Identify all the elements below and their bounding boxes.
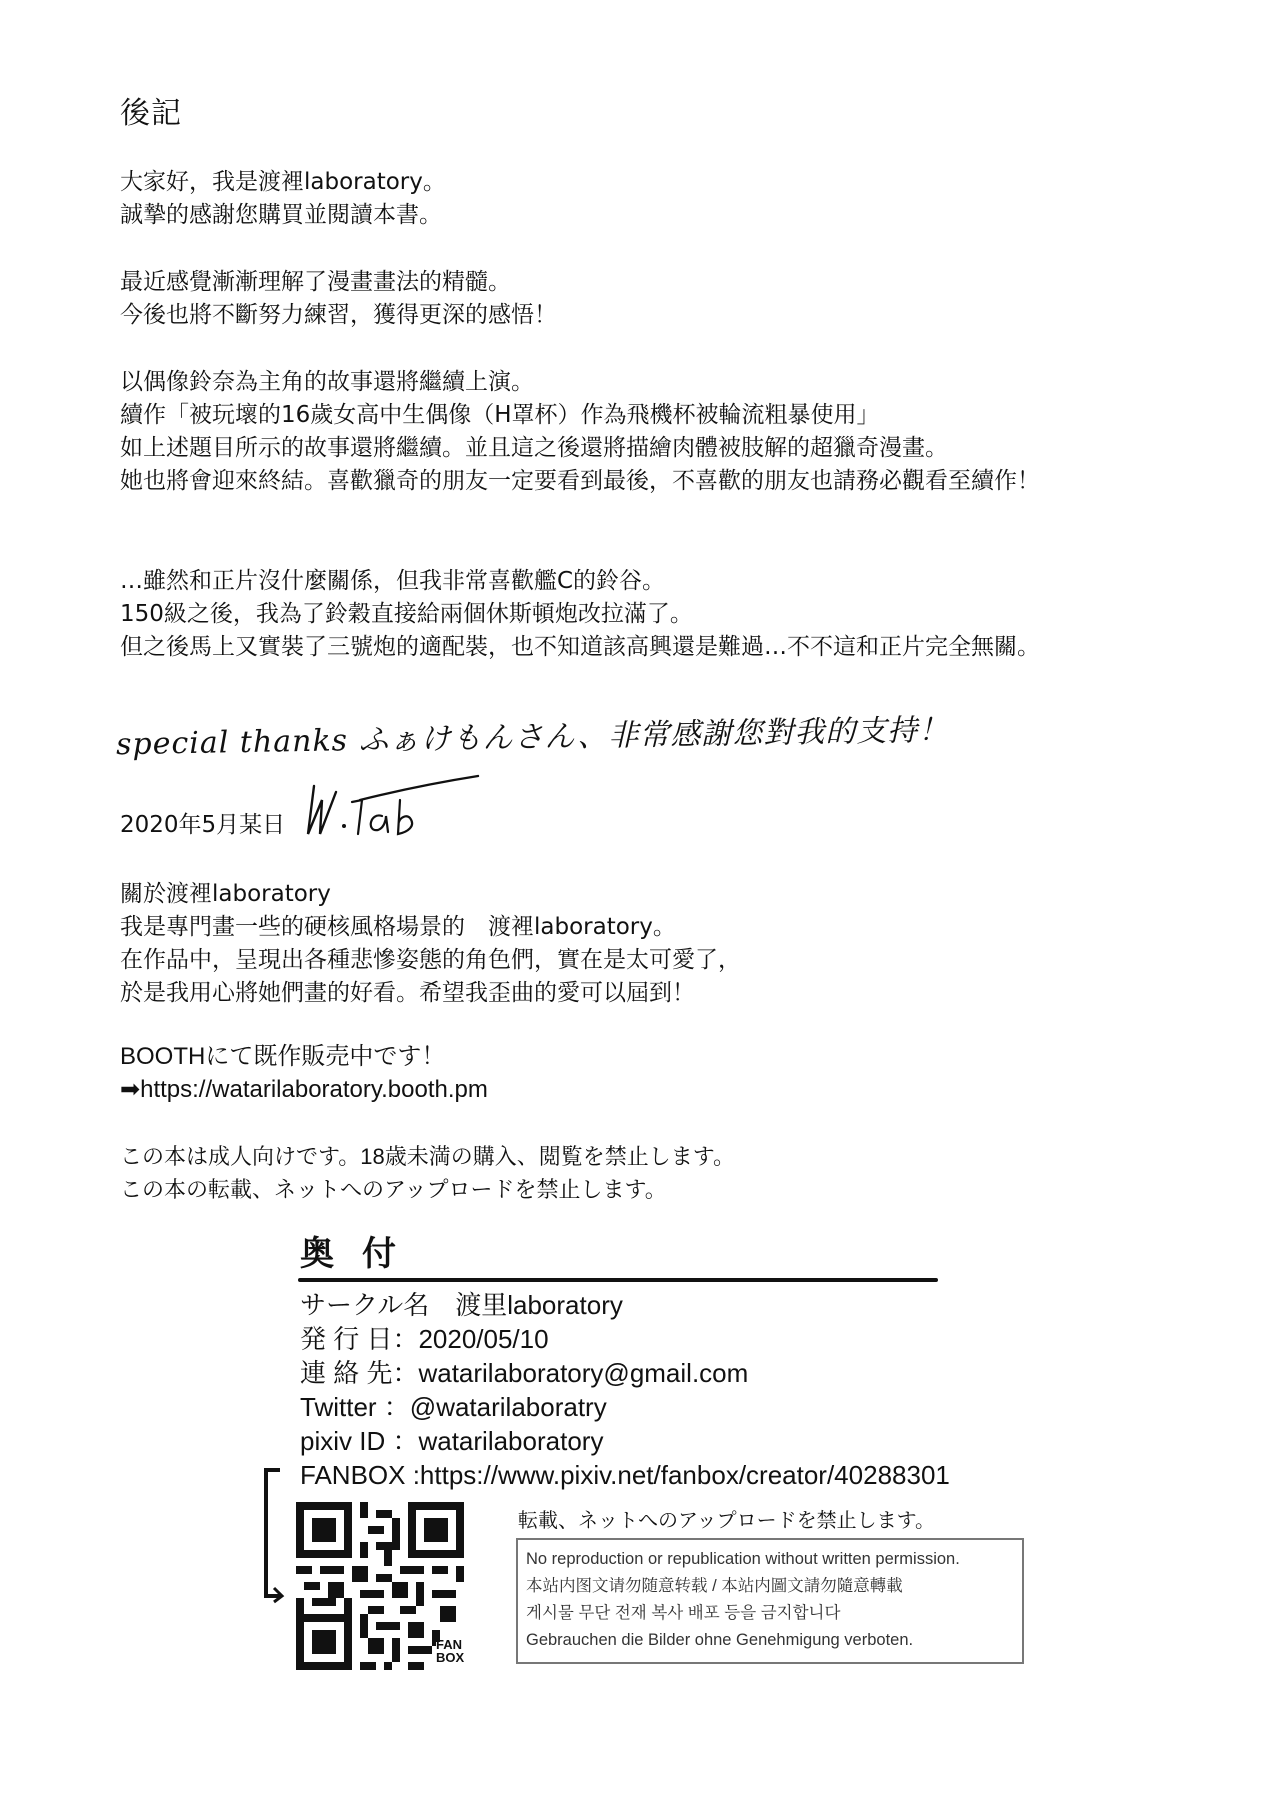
progress-paragraph: 最近感覺漸漸理解了漫畫畫法的精髓。 今後也將不斷努力練習，獲得更深的感悟！	[120, 266, 557, 332]
text-line: 我是專門畫一些的硬核風格場景的 渡裡laboratory。	[120, 911, 741, 944]
text-line: 最近感覺漸漸理解了漫畫畫法的精髓。	[120, 266, 557, 299]
special-thanks: special thanks ふぁけもんさん、非常感謝您對我的支持！	[116, 705, 950, 764]
colophon-info: サークル名 渡里laboratory 発 行 日：2020/05/10 連 絡 …	[300, 1288, 950, 1492]
booth-paragraph: BOOTHにて既作販売中です！ ➡https://watarilaborator…	[120, 1040, 488, 1106]
text-line: 續作「被玩壞的16歲女高中生偶像（H罩杯）作為飛機杯被輪流粗暴使用」	[120, 399, 1040, 432]
afterword-date: 2020年5月某日	[120, 806, 285, 839]
notice-english: No reproduction or republication without…	[526, 1546, 1014, 1573]
colophon-divider	[298, 1278, 938, 1282]
bracket-arrow-icon	[262, 1468, 286, 1614]
notice-german: Gebrauchen die Bilder ohne Genehmigung v…	[526, 1627, 1014, 1654]
fanbox-row: FANBOX : https://www.pixiv.net/fanbox/cr…	[300, 1458, 950, 1492]
upload-warning: この本の転載、ネットへのアップロードを禁止します。	[120, 1173, 735, 1206]
arrow-right-icon: ➡	[120, 1076, 140, 1103]
circle-name-row: サークル名 渡里laboratory	[300, 1288, 950, 1322]
publish-date-row: 発 行 日：2020/05/10	[300, 1322, 950, 1356]
signature-icon	[300, 772, 520, 842]
text-line: 她也將會迎來終結。喜歡獵奇的朋友一定要看到最後，不喜歡的朋友也請務必觀看至續作！	[120, 465, 1040, 498]
story-paragraph: 以偶像鈴奈為主角的故事還將繼續上演。 續作「被玩壞的16歲女高中生偶像（H罩杯）…	[120, 366, 1040, 498]
booth-line: BOOTHにて既作販売中です！	[120, 1040, 488, 1073]
aside-paragraph: …雖然和正片沒什麼關係，但我非常喜歡艦C的鈴谷。 150級之後，我為了鈴穀直接給…	[120, 565, 1040, 664]
twitter-handle[interactable]: @watarilaboratry	[410, 1392, 607, 1422]
text-line: 在作品中，呈現出各種悲慘姿態的角色們，實在是太可愛了，	[120, 944, 741, 977]
about-paragraph: 關於渡裡laboratory 我是專門畫一些的硬核風格場景的 渡裡laborat…	[120, 878, 741, 1010]
fanbox-badge: FAN BOX	[436, 1638, 464, 1664]
fanbox-url-link[interactable]: https://www.pixiv.net/fanbox/creator/402…	[420, 1460, 950, 1490]
fanbox-badge-line: BOX	[436, 1651, 464, 1664]
text-line: 如上述題目所示的故事還將繼續。並且這之後還將描繪肉體被肢解的超獵奇漫畫。	[120, 432, 1040, 465]
twitter-row: Twitter ： @watarilaboratry	[300, 1390, 950, 1424]
adult-warning: この本は成人向けです。18歳未満の購入、閲覧を禁止します。	[120, 1140, 735, 1173]
booth-link-row: ➡https://watarilaboratory.booth.pm	[120, 1073, 488, 1106]
greeting-paragraph: 大家好，我是渡裡laboratory。 誠摯的感謝您購買並閱讀本書。	[120, 166, 446, 232]
text-line: 150級之後，我為了鈴穀直接給兩個休斯頓炮改拉滿了。	[120, 598, 1040, 631]
row-value: 2020/05/10	[418, 1324, 548, 1354]
row-label: pixiv ID ：	[300, 1424, 418, 1458]
notice-chinese: 本站内图文请勿随意转载 / 本站内圖文請勿隨意轉載	[526, 1573, 1014, 1600]
row-label: Twitter ：	[300, 1390, 410, 1424]
upload-prohibited-note: 転載、ネットへのアップロードを禁止します。	[518, 1504, 935, 1533]
text-line: 誠摯的感謝您購買並閱讀本書。	[120, 199, 446, 232]
notice-korean: 게시물 무단 전재 복사 배포 등을 금지합니다	[526, 1600, 1014, 1627]
row-label: サークル名	[300, 1288, 455, 1322]
contact-row: 連 絡 先：watarilaboratory@gmail.com	[300, 1356, 950, 1390]
text-line: …雖然和正片沒什麼關係，但我非常喜歡艦C的鈴谷。	[120, 565, 1040, 598]
pixiv-id[interactable]: watarilaboratory	[418, 1426, 603, 1456]
text-line: 大家好，我是渡裡laboratory。	[120, 166, 446, 199]
about-heading: 關於渡裡laboratory	[120, 878, 741, 911]
booth-url-link[interactable]: https://watarilaboratory.booth.pm	[140, 1076, 488, 1103]
email-link[interactable]: watarilaboratory@gmail.com	[418, 1358, 748, 1388]
text-line: 以偶像鈴奈為主角的故事還將繼續上演。	[120, 366, 1040, 399]
pixiv-row: pixiv ID ： watarilaboratory	[300, 1424, 950, 1458]
text-line: 今後也將不斷努力練習，獲得更深的感悟！	[120, 299, 557, 332]
warnings-paragraph: この本は成人向けです。18歳未満の購入、閲覧を禁止します。 この本の転載、ネット…	[120, 1140, 735, 1206]
colophon-title: 奥付	[300, 1226, 424, 1275]
text-line: 但之後馬上又實裝了三號炮的適配裝，也不知道該高興還是難過…不不這和正片完全無關。	[120, 631, 1040, 664]
row-label: 連 絡 先：	[300, 1356, 418, 1390]
afterword-title: 後記	[120, 88, 182, 132]
text-line: 於是我用心將她們畫的好看。希望我歪曲的愛可以屆到！	[120, 977, 741, 1010]
row-label: FANBOX :	[300, 1458, 420, 1492]
row-label: 発 行 日：	[300, 1322, 418, 1356]
row-value: 渡里laboratory	[455, 1290, 623, 1320]
copyright-notice-box: No reproduction or republication without…	[516, 1538, 1024, 1664]
